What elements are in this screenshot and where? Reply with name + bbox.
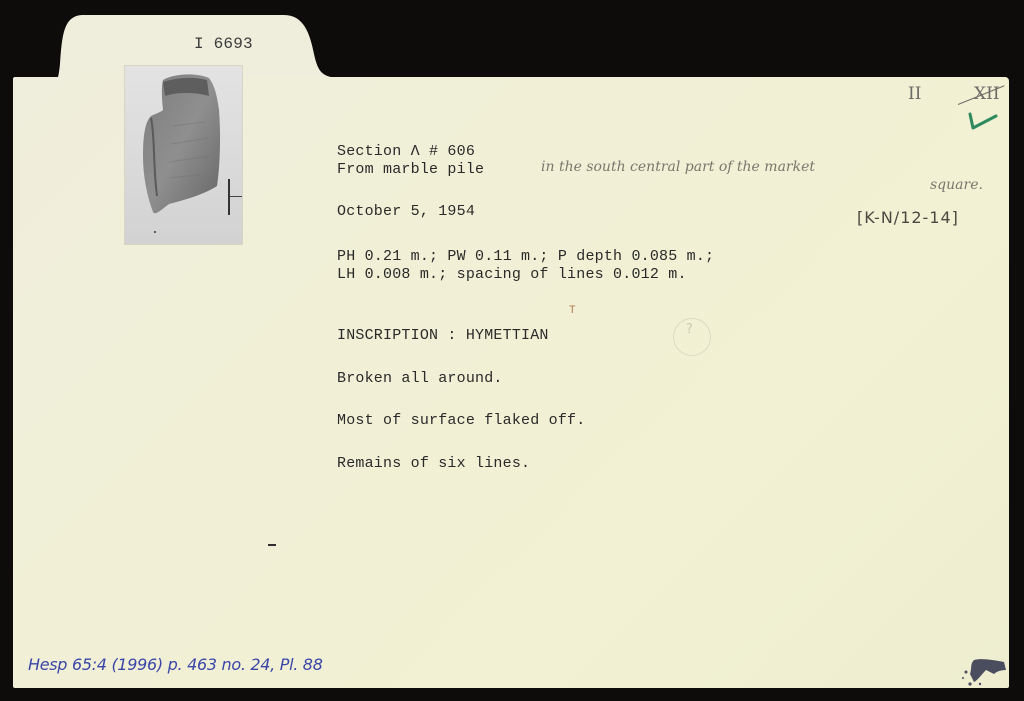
stone-fragment-photo bbox=[125, 66, 242, 244]
correction-mark: T bbox=[569, 305, 576, 317]
roman-numeral-ii: II bbox=[908, 84, 921, 104]
provenance-handwritten-1: in the south central part of the market bbox=[541, 159, 815, 175]
note-1: Broken all around. bbox=[337, 370, 503, 387]
provenance-handwritten-2: square. bbox=[930, 177, 983, 193]
note-3: Remains of six lines. bbox=[337, 455, 530, 472]
dimensions-line-1: PH 0.21 m.; PW 0.11 m.; P depth 0.085 m.… bbox=[337, 248, 714, 265]
excavation-date: October 5, 1954 bbox=[337, 203, 475, 220]
ink-blot-icon bbox=[960, 656, 1010, 690]
index-card-scan: I 6693 Section Λ # 606 From marble pile … bbox=[0, 0, 1024, 701]
note-2: Most of surface flaked off. bbox=[337, 412, 585, 429]
scale-bar-icon bbox=[228, 179, 230, 215]
dimensions-line-2: LH 0.008 m.; spacing of lines 0.012 m. bbox=[337, 266, 687, 283]
catalog-number: I 6693 bbox=[194, 36, 253, 53]
check-mark-icon bbox=[968, 110, 998, 132]
grid-reference: [K-N/12-14] bbox=[857, 208, 959, 227]
stray-mark bbox=[268, 544, 276, 546]
provenance-typed: From marble pile bbox=[337, 161, 484, 178]
inscription-material: INSCRIPTION : HYMETTIAN bbox=[337, 327, 549, 344]
bibliography-reference: Hesp 65:4 (1996) p. 463 no. 24, Pl. 88 bbox=[28, 655, 323, 674]
faint-query-mark: ? bbox=[686, 322, 693, 337]
section-number: Section Λ # 606 bbox=[337, 143, 475, 160]
roman-numeral-xii-struck: XII bbox=[974, 84, 1000, 104]
